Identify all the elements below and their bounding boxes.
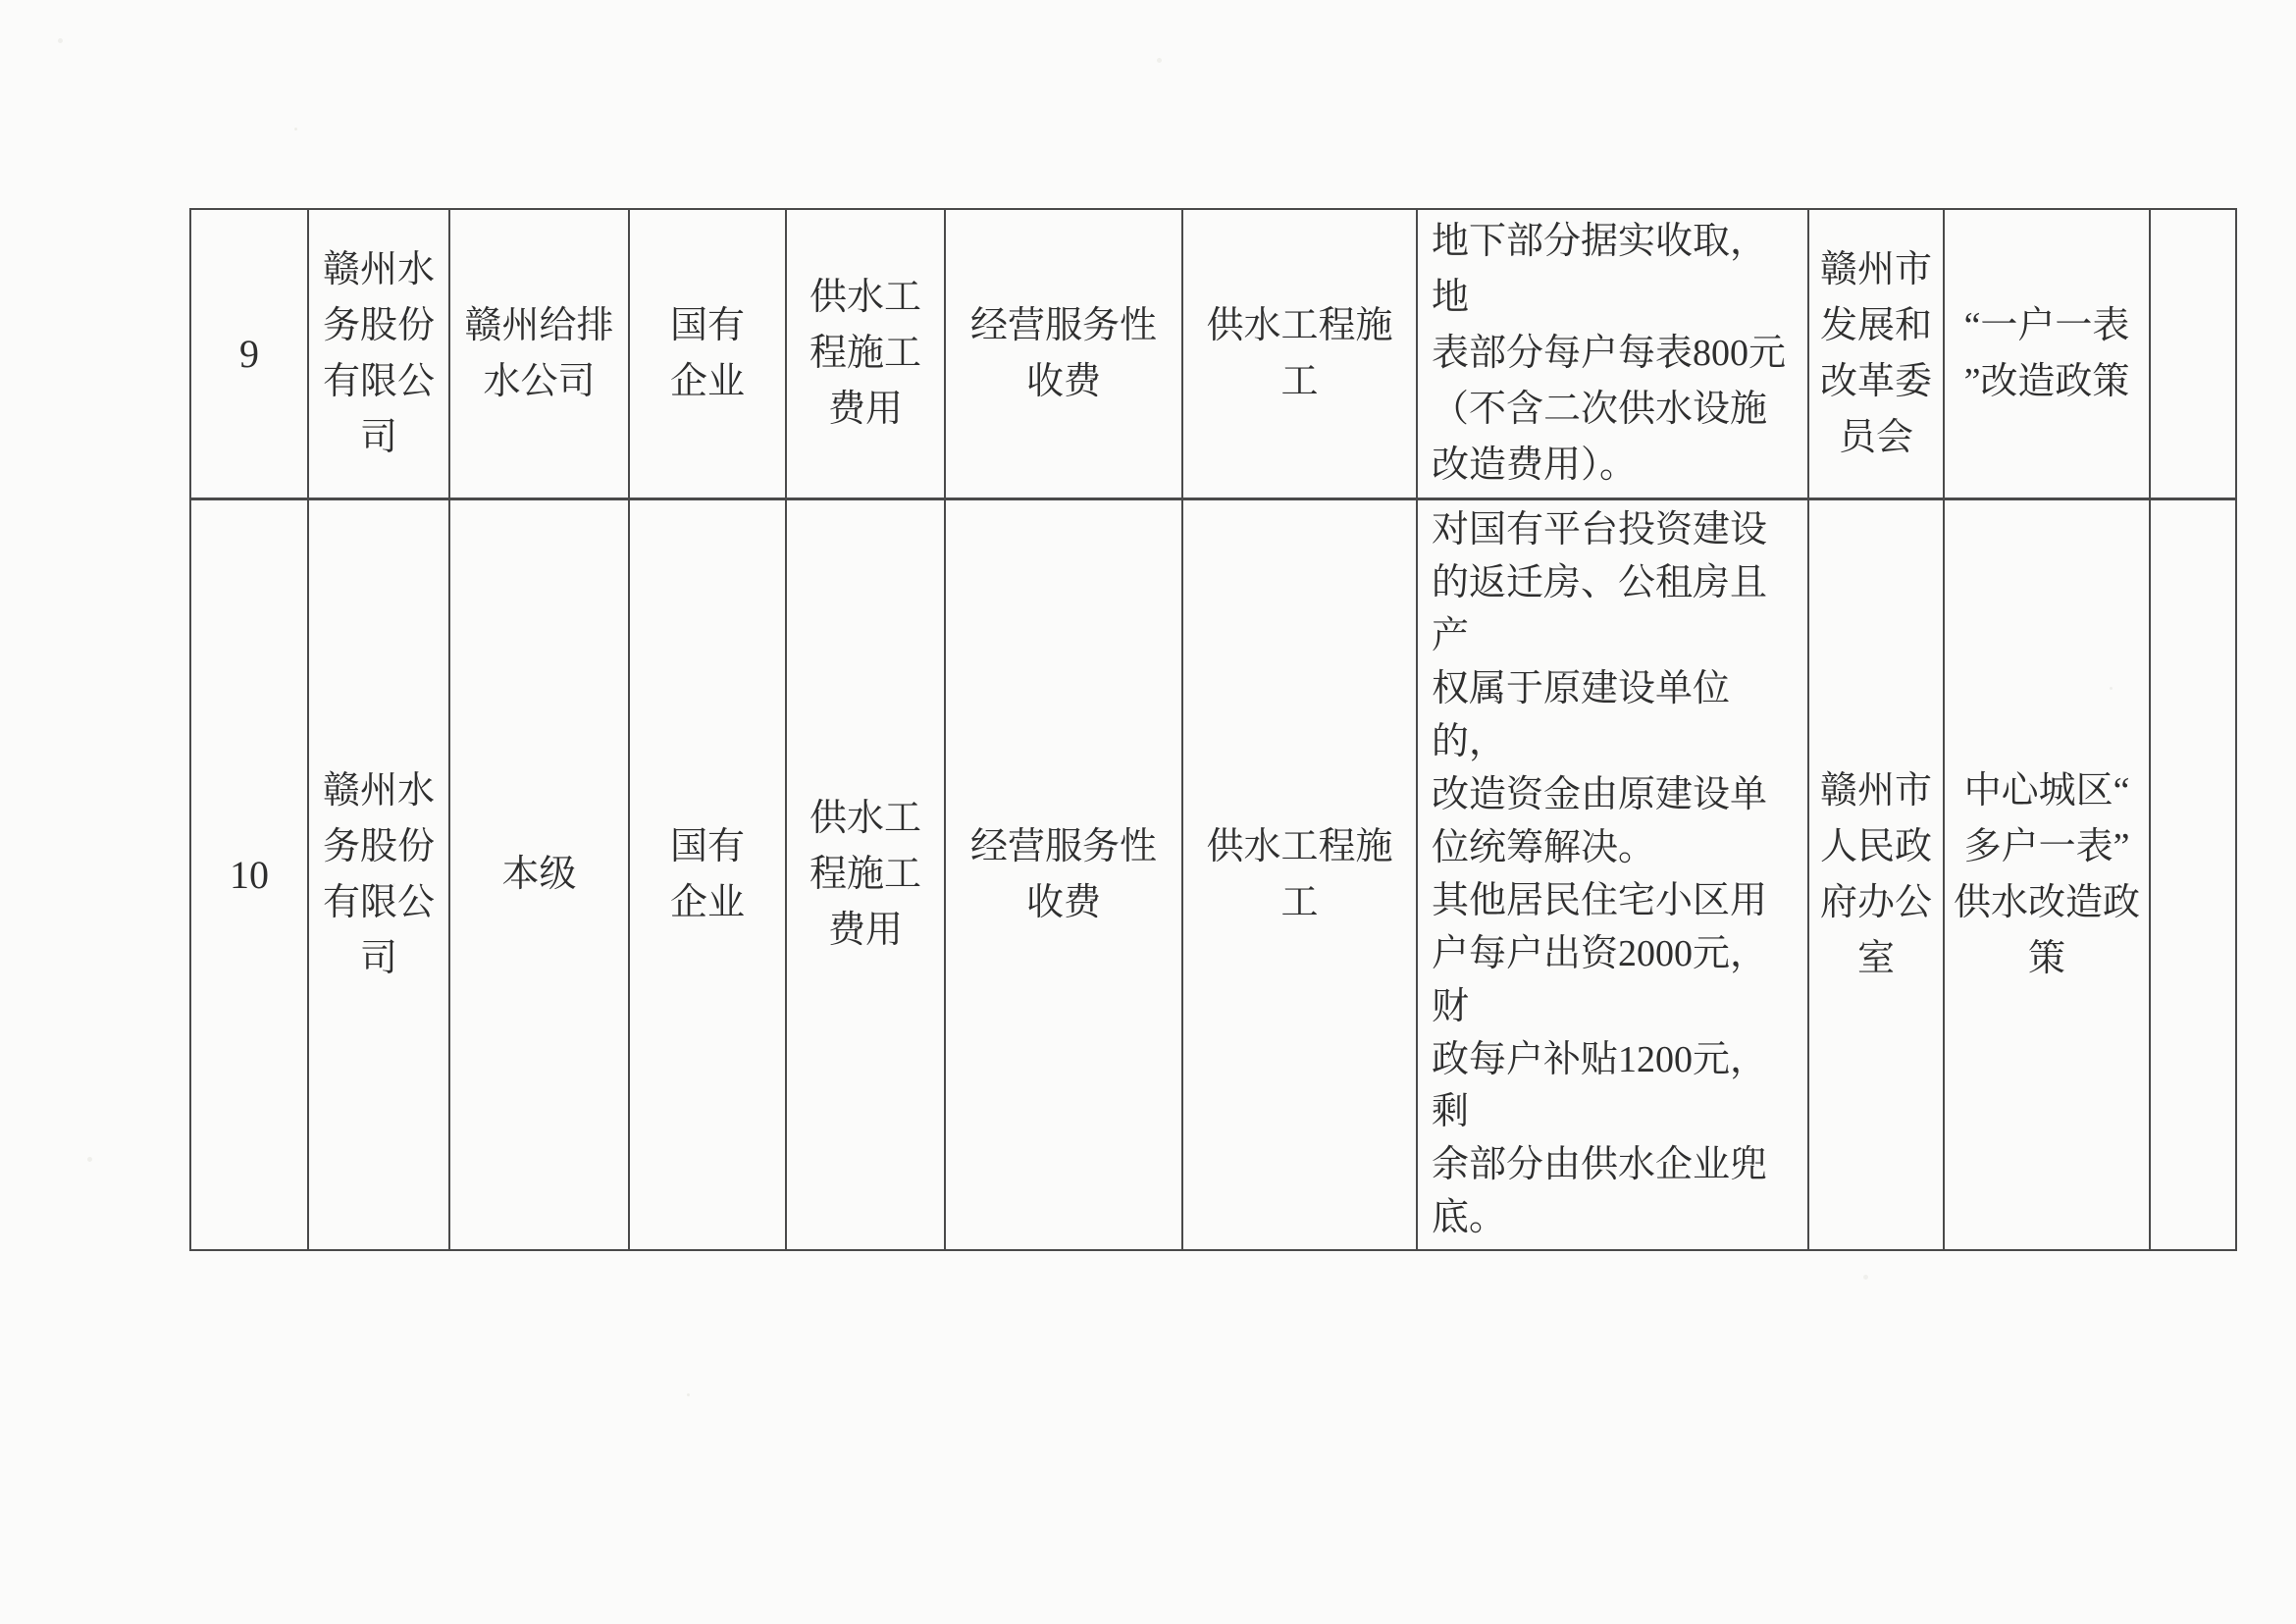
row9-policy-cell: “一户一表 ”改造政策	[1944, 209, 2150, 499]
row9-ownership-cell: 国有 企业	[629, 209, 786, 499]
table-row-10: 10 赣州水 务股份 有限公 司 本级 国有 企业 供水工 程施工 费用 经营服…	[190, 499, 2236, 1251]
table-row-9: 9 赣州水 务股份 有限公 司 赣州给排 水公司 国有 企业 供水工 程施工 费…	[190, 209, 2236, 499]
row9-serial-cell: 9	[190, 209, 308, 499]
row9-branch-cell: 赣州给排 水公司	[449, 209, 629, 499]
row10-authority-cell: 赣州市 人民政 府办公 室	[1808, 499, 1944, 1251]
row10-policy-cell: 中心城区“ 多户一表” 供水改造政 策	[1944, 499, 2150, 1251]
row9-fee-standard-cell: 地下部分据实收取，地 表部分每户每表800元 （不含二次供水设施 改造费用）。	[1417, 209, 1808, 499]
row9-company-cell: 赣州水 务股份 有限公 司	[308, 209, 449, 499]
row10-fee-standard-cell: 对国有平台投资建设 的返迁房、公租房且产 权属于原建设单位的， 改造资金由原建设…	[1417, 499, 1808, 1251]
row10-remark-cell	[2150, 499, 2236, 1251]
row9-fee-type-cell: 经营服务性 收费	[945, 209, 1182, 499]
row10-ownership-cell: 国有 企业	[629, 499, 786, 1251]
row9-remark-cell	[2150, 209, 2236, 499]
row10-branch-cell: 本级	[449, 499, 629, 1251]
row9-service-scope-cell: 供水工程施 工	[1182, 209, 1417, 499]
row9-fee-item-cell: 供水工 程施工 费用	[786, 209, 945, 499]
row10-company-cell: 赣州水 务股份 有限公 司	[308, 499, 449, 1251]
row10-service-scope-cell: 供水工程施 工	[1182, 499, 1417, 1251]
row10-fee-item-cell: 供水工 程施工 费用	[786, 499, 945, 1251]
row10-serial-cell: 10	[190, 499, 308, 1251]
fee-policy-table: 9 赣州水 务股份 有限公 司 赣州给排 水公司 国有 企业 供水工 程施工 费…	[189, 208, 2237, 1251]
row9-authority-cell: 赣州市 发展和 改革委 员会	[1808, 209, 1944, 499]
scan-noise	[0, 0, 3, 3]
scanned-document-page: 9 赣州水 务股份 有限公 司 赣州给排 水公司 国有 企业 供水工 程施工 费…	[0, 0, 2296, 1624]
row10-fee-type-cell: 经营服务性 收费	[945, 499, 1182, 1251]
